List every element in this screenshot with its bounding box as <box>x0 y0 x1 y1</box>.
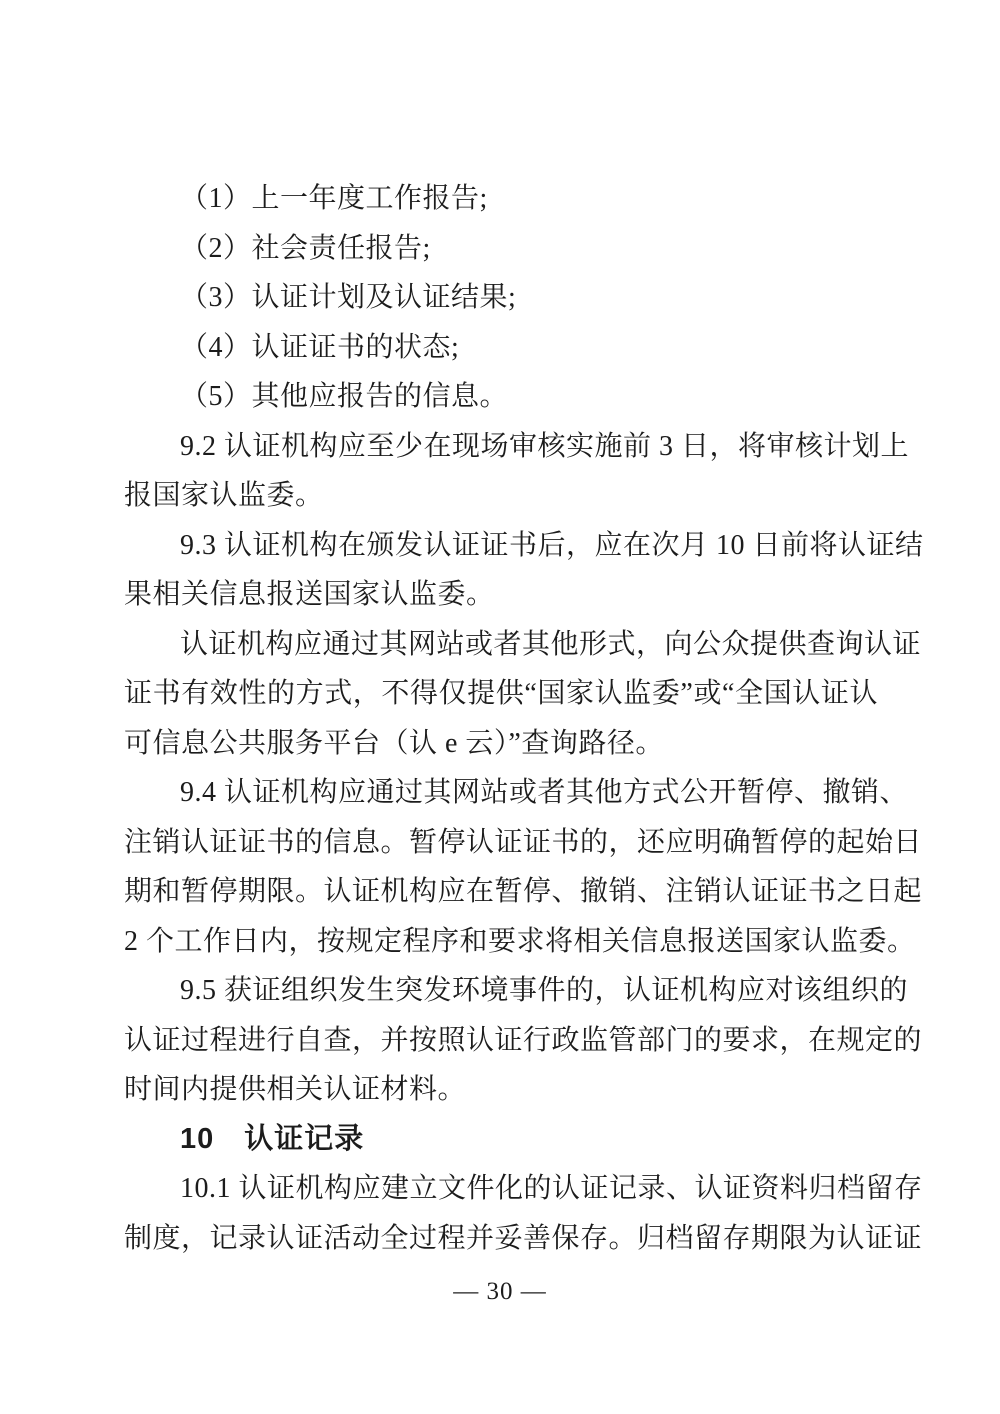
list-item-4: （4）认证证书的状态; <box>124 323 878 373</box>
section-heading-10: 10 认证记录 <box>124 1115 878 1165</box>
list-item-2: （2）社会责任报告; <box>124 224 878 274</box>
para-9-5-line-3: 时间内提供相关认证材料。 <box>124 1065 878 1115</box>
list-item-3: （3）认证计划及认证结果; <box>124 273 878 323</box>
para-9-3-line-2: 果相关信息报送国家认监委。 <box>124 570 878 620</box>
document-page: （1）上一年度工作报告; （2）社会责任报告; （3）认证计划及认证结果; （4… <box>0 0 1000 1414</box>
para-query-line-3: 可信息公共服务平台（认 e 云）”查询路径。 <box>124 719 878 769</box>
para-9-4-line-3: 期和暂停期限。认证机构应在暂停、撤销、注销认证证书之日起 <box>124 867 878 917</box>
para-9-4-line-4: 2 个工作日内，按规定程序和要求将相关信息报送国家认监委。 <box>124 917 878 967</box>
page-number: — 30 — <box>0 1278 1000 1306</box>
list-item-1: （1）上一年度工作报告; <box>124 174 878 224</box>
document-content: （1）上一年度工作报告; （2）社会责任报告; （3）认证计划及认证结果; （4… <box>124 174 878 1263</box>
para-9-5-line-1: 9.5 获证组织发生突发环境事件的，认证机构应对该组织的 <box>124 966 878 1016</box>
para-10-1-line-2: 制度，记录认证活动全过程并妥善保存。归档留存期限为认证证 <box>124 1214 878 1264</box>
para-query-line-2: 证书有效性的方式，不得仅提供“国家认监委”或“全国认证认 <box>124 669 878 719</box>
para-10-1-line-1: 10.1 认证机构应建立文件化的认证记录、认证资料归档留存 <box>124 1164 878 1214</box>
para-9-4-line-2: 注销认证证书的信息。暂停认证证书的，还应明确暂停的起始日 <box>124 818 878 868</box>
para-query-line-1: 认证机构应通过其网站或者其他形式，向公众提供查询认证 <box>124 620 878 670</box>
para-9-4-line-1: 9.4 认证机构应通过其网站或者其他方式公开暂停、撤销、 <box>124 768 878 818</box>
para-9-2-line-2: 报国家认监委。 <box>124 471 878 521</box>
para-9-3-line-1: 9.3 认证机构在颁发认证证书后，应在次月 10 日前将认证结 <box>124 521 878 571</box>
para-9-5-line-2: 认证过程进行自查，并按照认证行政监管部门的要求，在规定的 <box>124 1016 878 1066</box>
para-9-2-line-1: 9.2 认证机构应至少在现场审核实施前 3 日，将审核计划上 <box>124 422 878 472</box>
list-item-5: （5）其他应报告的信息。 <box>124 372 878 422</box>
